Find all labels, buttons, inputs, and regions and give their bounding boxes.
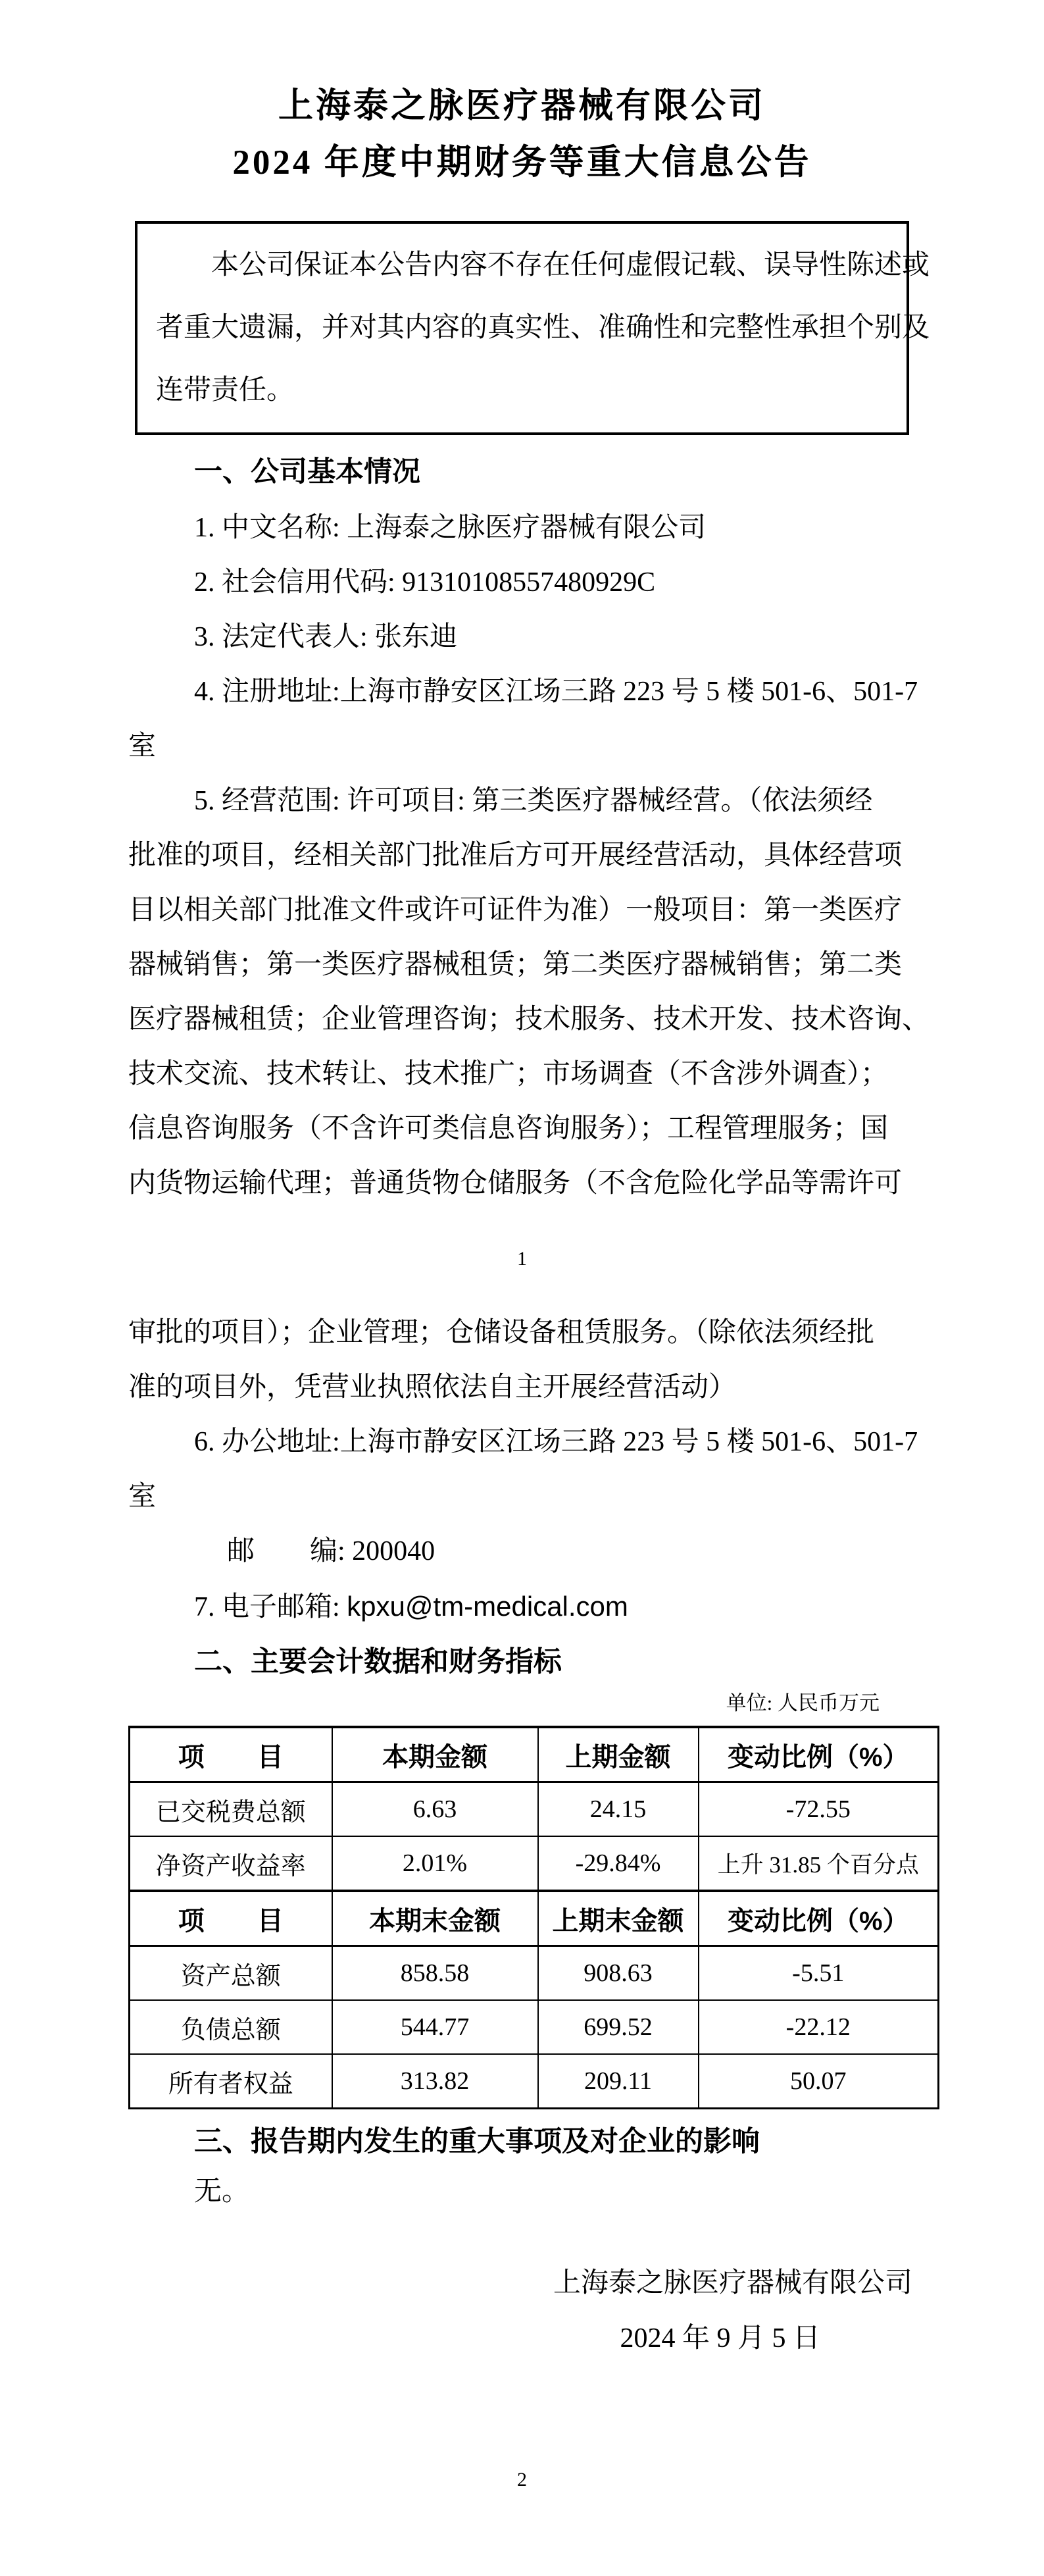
table-cell: 24.15 (538, 1782, 699, 1837)
body-line-email: 7. 电子邮箱: kpxu@tm-medical.com (128, 1579, 916, 1635)
table-cell: 2.01% (332, 1836, 538, 1891)
document-title: 上海泰之脉医疗器械有限公司 2024 年度中期财务等重大信息公告 (0, 0, 1044, 191)
body-line-scope-9: 审批的项目）；企业管理；仓储设备租赁服务。（除依法须经批 (128, 1306, 916, 1360)
body-line-scope-8: 内货物运输代理；普通货物仓储服务（不含危险化学品等需许可 (128, 1156, 916, 1211)
body-line-scope-1: 5. 经营范围: 许可项目: 第三类医疗器械经营。（依法须经 (128, 774, 916, 829)
table-header-row-1: 项 目 本期金额 上期金额 变动比例（%） (130, 1727, 939, 1782)
page-number-1: 1 (128, 1245, 916, 1273)
signature-date: 2024 年 9 月 5 日 (128, 2311, 916, 2366)
body-line-scope-3: 目以相关部门批准文件或许可证件为准）一般项目：第一类医疗 (128, 883, 916, 938)
notice-line-3: 连带责任。 (156, 359, 883, 422)
body-line-cn-name: 1. 中文名称: 上海泰之脉医疗器械有限公司 (128, 501, 916, 555)
table-cell: -72.55 (699, 1782, 939, 1837)
table-header-cell: 变动比例（%） (699, 1891, 939, 1946)
body-line-scope-5: 医疗器械租赁；企业管理咨询；技术服务、技术开发、技术咨询、 (128, 992, 916, 1047)
table-cell: 6.63 (332, 1782, 538, 1837)
body-line-scope-2: 批准的项目，经相关部门批准后方可开展经营活动，具体经营项 (128, 829, 916, 883)
table-header-cell: 本期末金额 (332, 1891, 538, 1946)
body-line-scope-4: 器械销售；第一类医疗器械租赁；第二类医疗器械销售；第二类 (128, 938, 916, 992)
table-cell: 已交税费总额 (130, 1782, 332, 1837)
body-line-reg-address-cont: 室 (128, 719, 916, 774)
page-number-2: 2 (0, 2466, 1044, 2494)
table-header-row-2: 项 目 本期末金额 上期末金额 变动比例（%） (130, 1891, 939, 1946)
table-row-equity: 所有者权益 313.82 209.11 50.07 (130, 2054, 939, 2109)
page2-body: 审批的项目）；企业管理；仓储设备租赁服务。（除依法须经批 准的项目外，凭营业执照… (128, 1306, 916, 1635)
table-header-cell: 项 目 (130, 1891, 332, 1946)
table-cell: 净资产收益率 (130, 1836, 332, 1891)
table-header-cell: 上期末金额 (538, 1891, 699, 1946)
unit-note: 单位: 人民币万元 (128, 1685, 916, 1722)
signature-company: 上海泰之脉医疗器械有限公司 (128, 2255, 916, 2311)
table-cell: -5.51 (699, 1946, 939, 2001)
table-cell: 858.58 (332, 1946, 538, 2001)
table-cell: 资产总额 (130, 1946, 332, 2001)
doc-title-line2: 2024 年度中期财务等重大信息公告 (0, 134, 1044, 191)
section1-body: 1. 中文名称: 上海泰之脉医疗器械有限公司 2. 社会信用代码: 913101… (128, 501, 916, 1211)
body-line-credit-code: 2. 社会信用代码: 91310108557480929C (128, 555, 916, 610)
notice-line-1: 本公司保证本公告内容不存在任何虚假记载、误导性陈述或 (156, 234, 883, 297)
section1-heading: 一、公司基本情况 (128, 455, 916, 489)
table-cell: -22.12 (699, 2000, 939, 2054)
table-cell: 所有者权益 (130, 2054, 332, 2109)
table-cell: 908.63 (538, 1946, 699, 2001)
table-cell: 上升 31.85 个百分点 (699, 1836, 939, 1891)
table-row-assets: 资产总额 858.58 908.63 -5.51 (130, 1946, 939, 2001)
body-line-office-address-cont: 室 (128, 1470, 916, 1524)
table-row-liabilities: 负债总额 544.77 699.52 -22.12 (130, 2000, 939, 2054)
table-header-cell: 变动比例（%） (699, 1727, 939, 1782)
table-cell: 209.11 (538, 2054, 699, 2109)
body-line-reg-address: 4. 注册地址:上海市静安区江场三路 223 号 5 楼 501-6、501-7 (128, 665, 916, 719)
body-line-office-address: 6. 办公地址:上海市静安区江场三路 223 号 5 楼 501-6、501-7 (128, 1415, 916, 1470)
body-line-legal-rep: 3. 法定代表人: 张东迪 (128, 610, 916, 665)
table-cell: 负债总额 (130, 2000, 332, 2054)
financial-table: 项 目 本期金额 上期金额 变动比例（%） 已交税费总额 6.63 24.15 … (128, 1726, 939, 2109)
email-label: 7. 电子邮箱: (194, 1592, 347, 1622)
table-header-cell: 本期金额 (332, 1727, 538, 1782)
section2-heading: 二、主要会计数据和财务指标 (128, 1639, 916, 1685)
table-cell: 699.52 (538, 2000, 699, 2054)
body-line-postcode: 邮 编: 200040 (128, 1524, 916, 1579)
body-line-scope-7: 信息咨询服务（不含许可类信息咨询服务）；工程管理服务；国 (128, 1102, 916, 1156)
table-header-cell: 上期金额 (538, 1727, 699, 1782)
section3-body: 无。 (128, 2165, 916, 2219)
doc-title-line1: 上海泰之脉医疗器械有限公司 (0, 78, 1044, 134)
table-row-taxes: 已交税费总额 6.63 24.15 -72.55 (130, 1782, 939, 1837)
email-value: kpxu@tm-medical.com (347, 1591, 628, 1622)
table-row-roe: 净资产收益率 2.01% -29.84% 上升 31.85 个百分点 (130, 1836, 939, 1891)
table-cell: -29.84% (538, 1836, 699, 1891)
table-cell: 544.77 (332, 2000, 538, 2054)
table-cell: 313.82 (332, 2054, 538, 2109)
table-cell: 50.07 (699, 2054, 939, 2109)
section3-heading: 三、报告期内发生的重大事项及对企业的影响 (128, 2119, 916, 2165)
document-page: 上海泰之脉医疗器械有限公司 2024 年度中期财务等重大信息公告 本公司保证本公… (0, 0, 1044, 2576)
body-line-scope-10: 准的项目外，凭营业执照依法自主开展经营活动） (128, 1360, 916, 1415)
notice-box: 本公司保证本公告内容不存在任何虚假记载、误导性陈述或 者重大遗漏，并对其内容的真… (135, 221, 909, 435)
notice-line-2: 者重大遗漏，并对其内容的真实性、准确性和完整性承担个别及 (156, 297, 883, 359)
body-line-scope-6: 技术交流、技术转让、技术推广；市场调查（不含涉外调查）； (128, 1047, 916, 1102)
table-header-cell: 项 目 (130, 1727, 332, 1782)
